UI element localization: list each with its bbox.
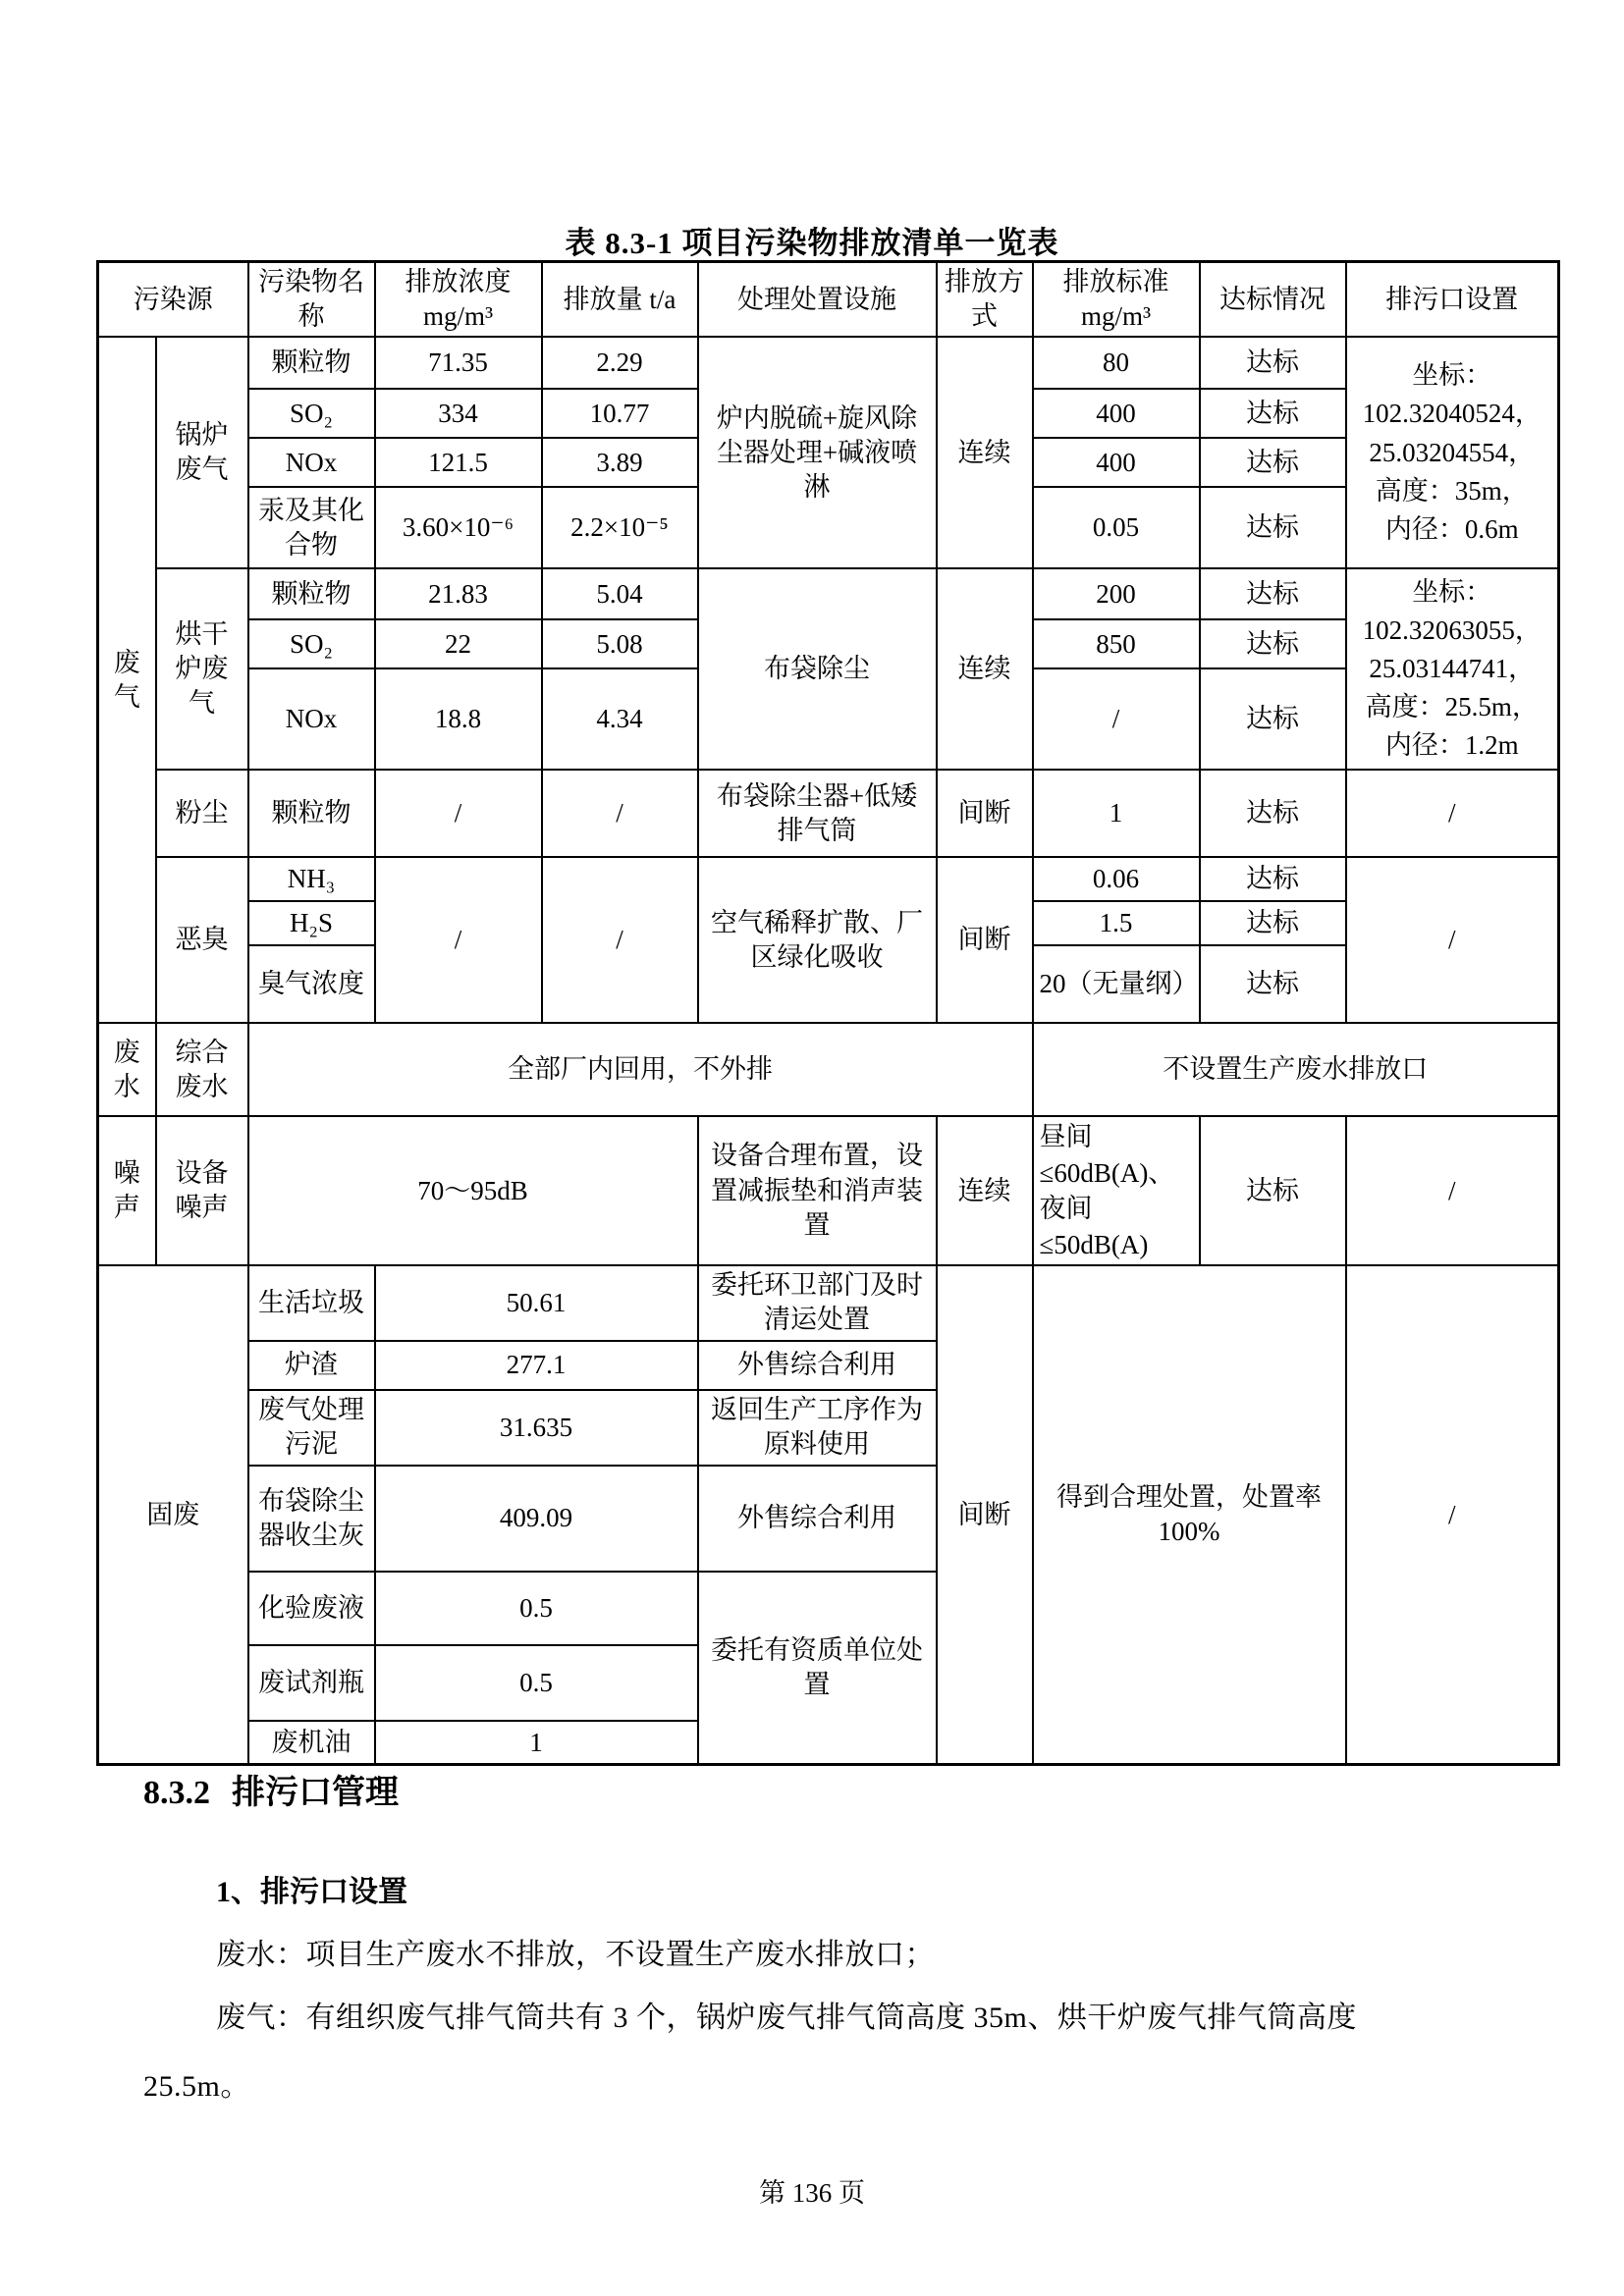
odor-concentration-name: 臭气浓度 (248, 945, 375, 1023)
odor-h2s-status: 达标 (1200, 901, 1346, 945)
dust-outlet: / (1346, 770, 1559, 857)
boiler-hg-standard: 0.05 (1033, 487, 1200, 568)
dryer-outlet: 坐标： 102.32063055， 25.03144741， 高度：25.5m，… (1346, 568, 1559, 770)
solid-baghouse-ash-amount: 409.09 (375, 1466, 698, 1572)
boiler-outlet: 坐标： 102.32040524， 25.03204554， 高度：35m， 内… (1346, 337, 1559, 568)
boiler-outlet-line: 102.32040524， (1353, 395, 1552, 433)
dryer-outlet-line: 坐标： (1353, 573, 1552, 612)
header-treatment: 处理处置设施 (698, 262, 937, 338)
noise-mode: 连续 (937, 1116, 1033, 1265)
dryer-so2-conc: 22 (375, 619, 542, 668)
dryer-pm-standard: 200 (1033, 568, 1200, 619)
odor-mode: 间断 (937, 857, 1033, 1023)
boiler-so2-conc: 334 (375, 389, 542, 438)
odor-treatment: 空气稀释扩散、厂区绿化吸收 (698, 857, 937, 1023)
dryer-nox-conc: 18.8 (375, 668, 542, 770)
boiler-so2-standard: 400 (1033, 389, 1200, 438)
solid-baghouse-ash-name: 布袋除尘器收尘灰 (248, 1466, 375, 1572)
boiler-outlet-line: 25.03204554， (1353, 434, 1552, 472)
dryer-nox-status: 达标 (1200, 668, 1346, 770)
header-standard: 排放标准 mg/m³ (1033, 262, 1200, 338)
noise-level: 70～95dB (248, 1116, 698, 1265)
boiler-hg-name: 汞及其化合物 (248, 487, 375, 568)
solid-disposal: 得到合理处置，处置率100% (1033, 1265, 1346, 1765)
dust-standard: 1 (1033, 770, 1200, 857)
header-standard-line1: 排放标准 (1040, 265, 1193, 299)
dust-mode: 间断 (937, 770, 1033, 857)
table-row: 粉尘 颗粒物 / / 布袋除尘器+低矮排气筒 间断 1 达标 / (98, 770, 1559, 857)
dryer-so2-amount: 5.08 (542, 619, 698, 668)
boiler-nox-name: NOx (248, 438, 375, 487)
header-compliance: 达标情况 (1200, 262, 1346, 338)
subsection-heading: 1、排污口设置 (216, 1867, 407, 1910)
waste-water-outlet-note: 不设置生产废水排放口 (1033, 1023, 1559, 1116)
boiler-so2-name: SO₂ (248, 389, 375, 438)
source-waste-water: 综合废水 (156, 1023, 248, 1116)
source-odor: 恶臭 (156, 857, 248, 1023)
paragraph-wastewater: 废水：项目生产废水不排放，不设置生产废水排放口； (216, 1930, 935, 1973)
boiler-hg-conc: 3.60×10⁻⁶ (375, 487, 542, 568)
noise-standard-line: 昼间 (1040, 1119, 1193, 1154)
header-concentration-line1: 排放浓度 (382, 265, 535, 299)
boiler-pm-name: 颗粒物 (248, 337, 375, 389)
solid-hazard-treatment: 委托有资质单位处置 (698, 1572, 937, 1765)
boiler-treatment: 炉内脱硫+旋风除尘器处理+碱液喷淋 (698, 337, 937, 568)
header-mode: 排放方式 (937, 262, 1033, 338)
dryer-nox-amount: 4.34 (542, 668, 698, 770)
boiler-hg-amount: 2.2×10⁻⁵ (542, 487, 698, 568)
header-concentration-unit: mg/m³ (382, 299, 535, 334)
dryer-nox-standard: / (1033, 668, 1200, 770)
solid-slag-treatment: 外售综合利用 (698, 1341, 937, 1390)
solid-waste-oil-amount: 1 (375, 1721, 698, 1765)
dryer-so2-standard: 850 (1033, 619, 1200, 668)
header-outlet: 排污口设置 (1346, 262, 1559, 338)
dryer-outlet-line: 高度：25.5m， (1353, 688, 1552, 726)
header-amount: 排放量 t/a (542, 262, 698, 338)
solid-waste-oil-name: 废机油 (248, 1721, 375, 1765)
dryer-pm-status: 达标 (1200, 568, 1346, 619)
dryer-outlet-line: 102.32063055， (1353, 612, 1552, 650)
boiler-pm-status: 达标 (1200, 337, 1346, 389)
header-source: 污染源 (98, 262, 248, 338)
noise-standard-line: 夜间 (1040, 1191, 1193, 1226)
dryer-mode: 连续 (937, 568, 1033, 770)
source-boiler: 锅炉废气 (156, 337, 248, 568)
dryer-pm-amount: 5.04 (542, 568, 698, 619)
boiler-mode: 连续 (937, 337, 1033, 568)
noise-standard-line: ≤50dB(A) (1040, 1227, 1193, 1262)
noise-standard-line: ≤60dB(A)、 (1040, 1155, 1193, 1191)
boiler-nox-conc: 121.5 (375, 438, 542, 487)
solid-sludge-name: 废气处理污泥 (248, 1390, 375, 1466)
boiler-pm-amount: 2.29 (542, 337, 698, 389)
dryer-pm-conc: 21.83 (375, 568, 542, 619)
boiler-so2-status: 达标 (1200, 389, 1346, 438)
boiler-pm-conc: 71.35 (375, 337, 542, 389)
page-footer: 第 136 页 (0, 2171, 1624, 2210)
solid-slag-amount: 277.1 (375, 1341, 698, 1390)
table-row: 固废 生活垃圾 50.61 委托环卫部门及时清运处置 间断 得到合理处置，处置率… (98, 1265, 1559, 1341)
dryer-treatment: 布袋除尘 (698, 568, 937, 770)
noise-treatment: 设备合理布置，设置减振垫和消声装置 (698, 1116, 937, 1265)
table-row: 废水 综合废水 全部厂内回用，不外排 不设置生产废水排放口 (98, 1023, 1559, 1116)
noise-standard: 昼间 ≤60dB(A)、 夜间 ≤50dB(A) (1033, 1116, 1200, 1265)
table-row: 恶臭 NH₃ / / 空气稀释扩散、厂区绿化吸收 间断 0.06 达标 / (98, 857, 1559, 901)
odor-amount: / (542, 857, 698, 1023)
header-concentration: 排放浓度 mg/m³ (375, 262, 542, 338)
solid-slag-name: 炉渣 (248, 1341, 375, 1390)
solid-reagent-bottle-name: 废试剂瓶 (248, 1645, 375, 1721)
boiler-nox-amount: 3.89 (542, 438, 698, 487)
solid-sludge-treatment: 返回生产工序作为原料使用 (698, 1390, 937, 1466)
source-dryer: 烘干炉废气 (156, 568, 248, 770)
solid-lab-liquid-name: 化验废液 (248, 1572, 375, 1645)
solid-lab-liquid-amount: 0.5 (375, 1572, 698, 1645)
noise-status: 达标 (1200, 1116, 1346, 1265)
solid-baghouse-ash-treatment: 外售综合利用 (698, 1466, 937, 1572)
paragraph-wastegas-cont: 25.5m。 (143, 2061, 250, 2105)
solid-domestic-treatment: 委托环卫部门及时清运处置 (698, 1265, 937, 1341)
group-solid-waste: 固废 (98, 1265, 248, 1765)
boiler-pm-standard: 80 (1033, 337, 1200, 389)
boiler-so2-amount: 10.77 (542, 389, 698, 438)
dust-conc: / (375, 770, 542, 857)
dryer-so2-name: SO₂ (248, 619, 375, 668)
dust-name: 颗粒物 (248, 770, 375, 857)
odor-nh3-name: NH₃ (248, 857, 375, 901)
solid-sludge-amount: 31.635 (375, 1390, 698, 1466)
header-standard-unit: mg/m³ (1040, 299, 1193, 334)
boiler-outlet-line: 内径：0.6m (1353, 510, 1552, 549)
odor-conc: / (375, 857, 542, 1023)
dryer-nox-name: NOx (248, 668, 375, 770)
dust-status: 达标 (1200, 770, 1346, 857)
dryer-outlet-line: 25.03144741， (1353, 650, 1552, 688)
section-number: 8.3.2 (143, 1775, 210, 1811)
table-row: 噪声 设备噪声 70～95dB 设备合理布置，设置减振垫和消声装置 连续 昼间 … (98, 1116, 1559, 1265)
section-heading: 8.3.2排污口管理 (143, 1765, 399, 1813)
boiler-outlet-line: 高度：35m， (1353, 472, 1552, 510)
group-waste-water: 废水 (98, 1023, 156, 1116)
odor-outlet: / (1346, 857, 1559, 1023)
section-title: 排污口管理 (232, 1775, 399, 1811)
odor-concentration-standard: 20（无量纲） (1033, 945, 1200, 1023)
boiler-outlet-line: 坐标： (1353, 356, 1552, 395)
solid-domestic-name: 生活垃圾 (248, 1265, 375, 1341)
boiler-nox-standard: 400 (1033, 438, 1200, 487)
odor-nh3-standard: 0.06 (1033, 857, 1200, 901)
odor-concentration-status: 达标 (1200, 945, 1346, 1023)
boiler-nox-status: 达标 (1200, 438, 1346, 487)
dryer-pm-name: 颗粒物 (248, 568, 375, 619)
dryer-so2-status: 达标 (1200, 619, 1346, 668)
source-noise: 设备噪声 (156, 1116, 248, 1265)
group-waste-gas: 废气 (98, 337, 156, 1023)
solid-outlet: / (1346, 1265, 1559, 1765)
paragraph-wastegas: 废气：有组织废气排气筒共有 3 个，锅炉废气排气筒高度 35m、烘干炉废气排气筒… (216, 1993, 1561, 2036)
table-row: 污染源 污染物名称 排放浓度 mg/m³ 排放量 t/a 处理处置设施 排放方式… (98, 262, 1559, 338)
document-page: 表 8.3-1 项目污染物排放清单一览表 污染源 污染物名称 排放浓度 mg/m… (0, 0, 1624, 2296)
dust-treatment: 布袋除尘器+低矮排气筒 (698, 770, 937, 857)
odor-h2s-standard: 1.5 (1033, 901, 1200, 945)
emission-table: 污染源 污染物名称 排放浓度 mg/m³ 排放量 t/a 处理处置设施 排放方式… (96, 260, 1560, 1766)
header-pollutant: 污染物名称 (248, 262, 375, 338)
group-noise: 噪声 (98, 1116, 156, 1265)
solid-domestic-amount: 50.61 (375, 1265, 698, 1341)
waste-water-disposal: 全部厂内回用，不外排 (248, 1023, 1033, 1116)
noise-outlet: / (1346, 1116, 1559, 1265)
source-dust: 粉尘 (156, 770, 248, 857)
table-row: 废气 锅炉废气 颗粒物 71.35 2.29 炉内脱硫+旋风除尘器处理+碱液喷淋… (98, 337, 1559, 389)
dust-amount: / (542, 770, 698, 857)
odor-nh3-status: 达标 (1200, 857, 1346, 901)
solid-mode: 间断 (937, 1265, 1033, 1765)
boiler-hg-status: 达标 (1200, 487, 1346, 568)
solid-reagent-bottle-amount: 0.5 (375, 1645, 698, 1721)
dryer-outlet-line: 内径：1.2m (1353, 726, 1552, 765)
odor-h2s-name: H₂S (248, 901, 375, 945)
table-row: 烘干炉废气 颗粒物 21.83 5.04 布袋除尘 连续 200 达标 坐标： … (98, 568, 1559, 619)
table-title: 表 8.3-1 项目污染物排放清单一览表 (0, 218, 1624, 262)
